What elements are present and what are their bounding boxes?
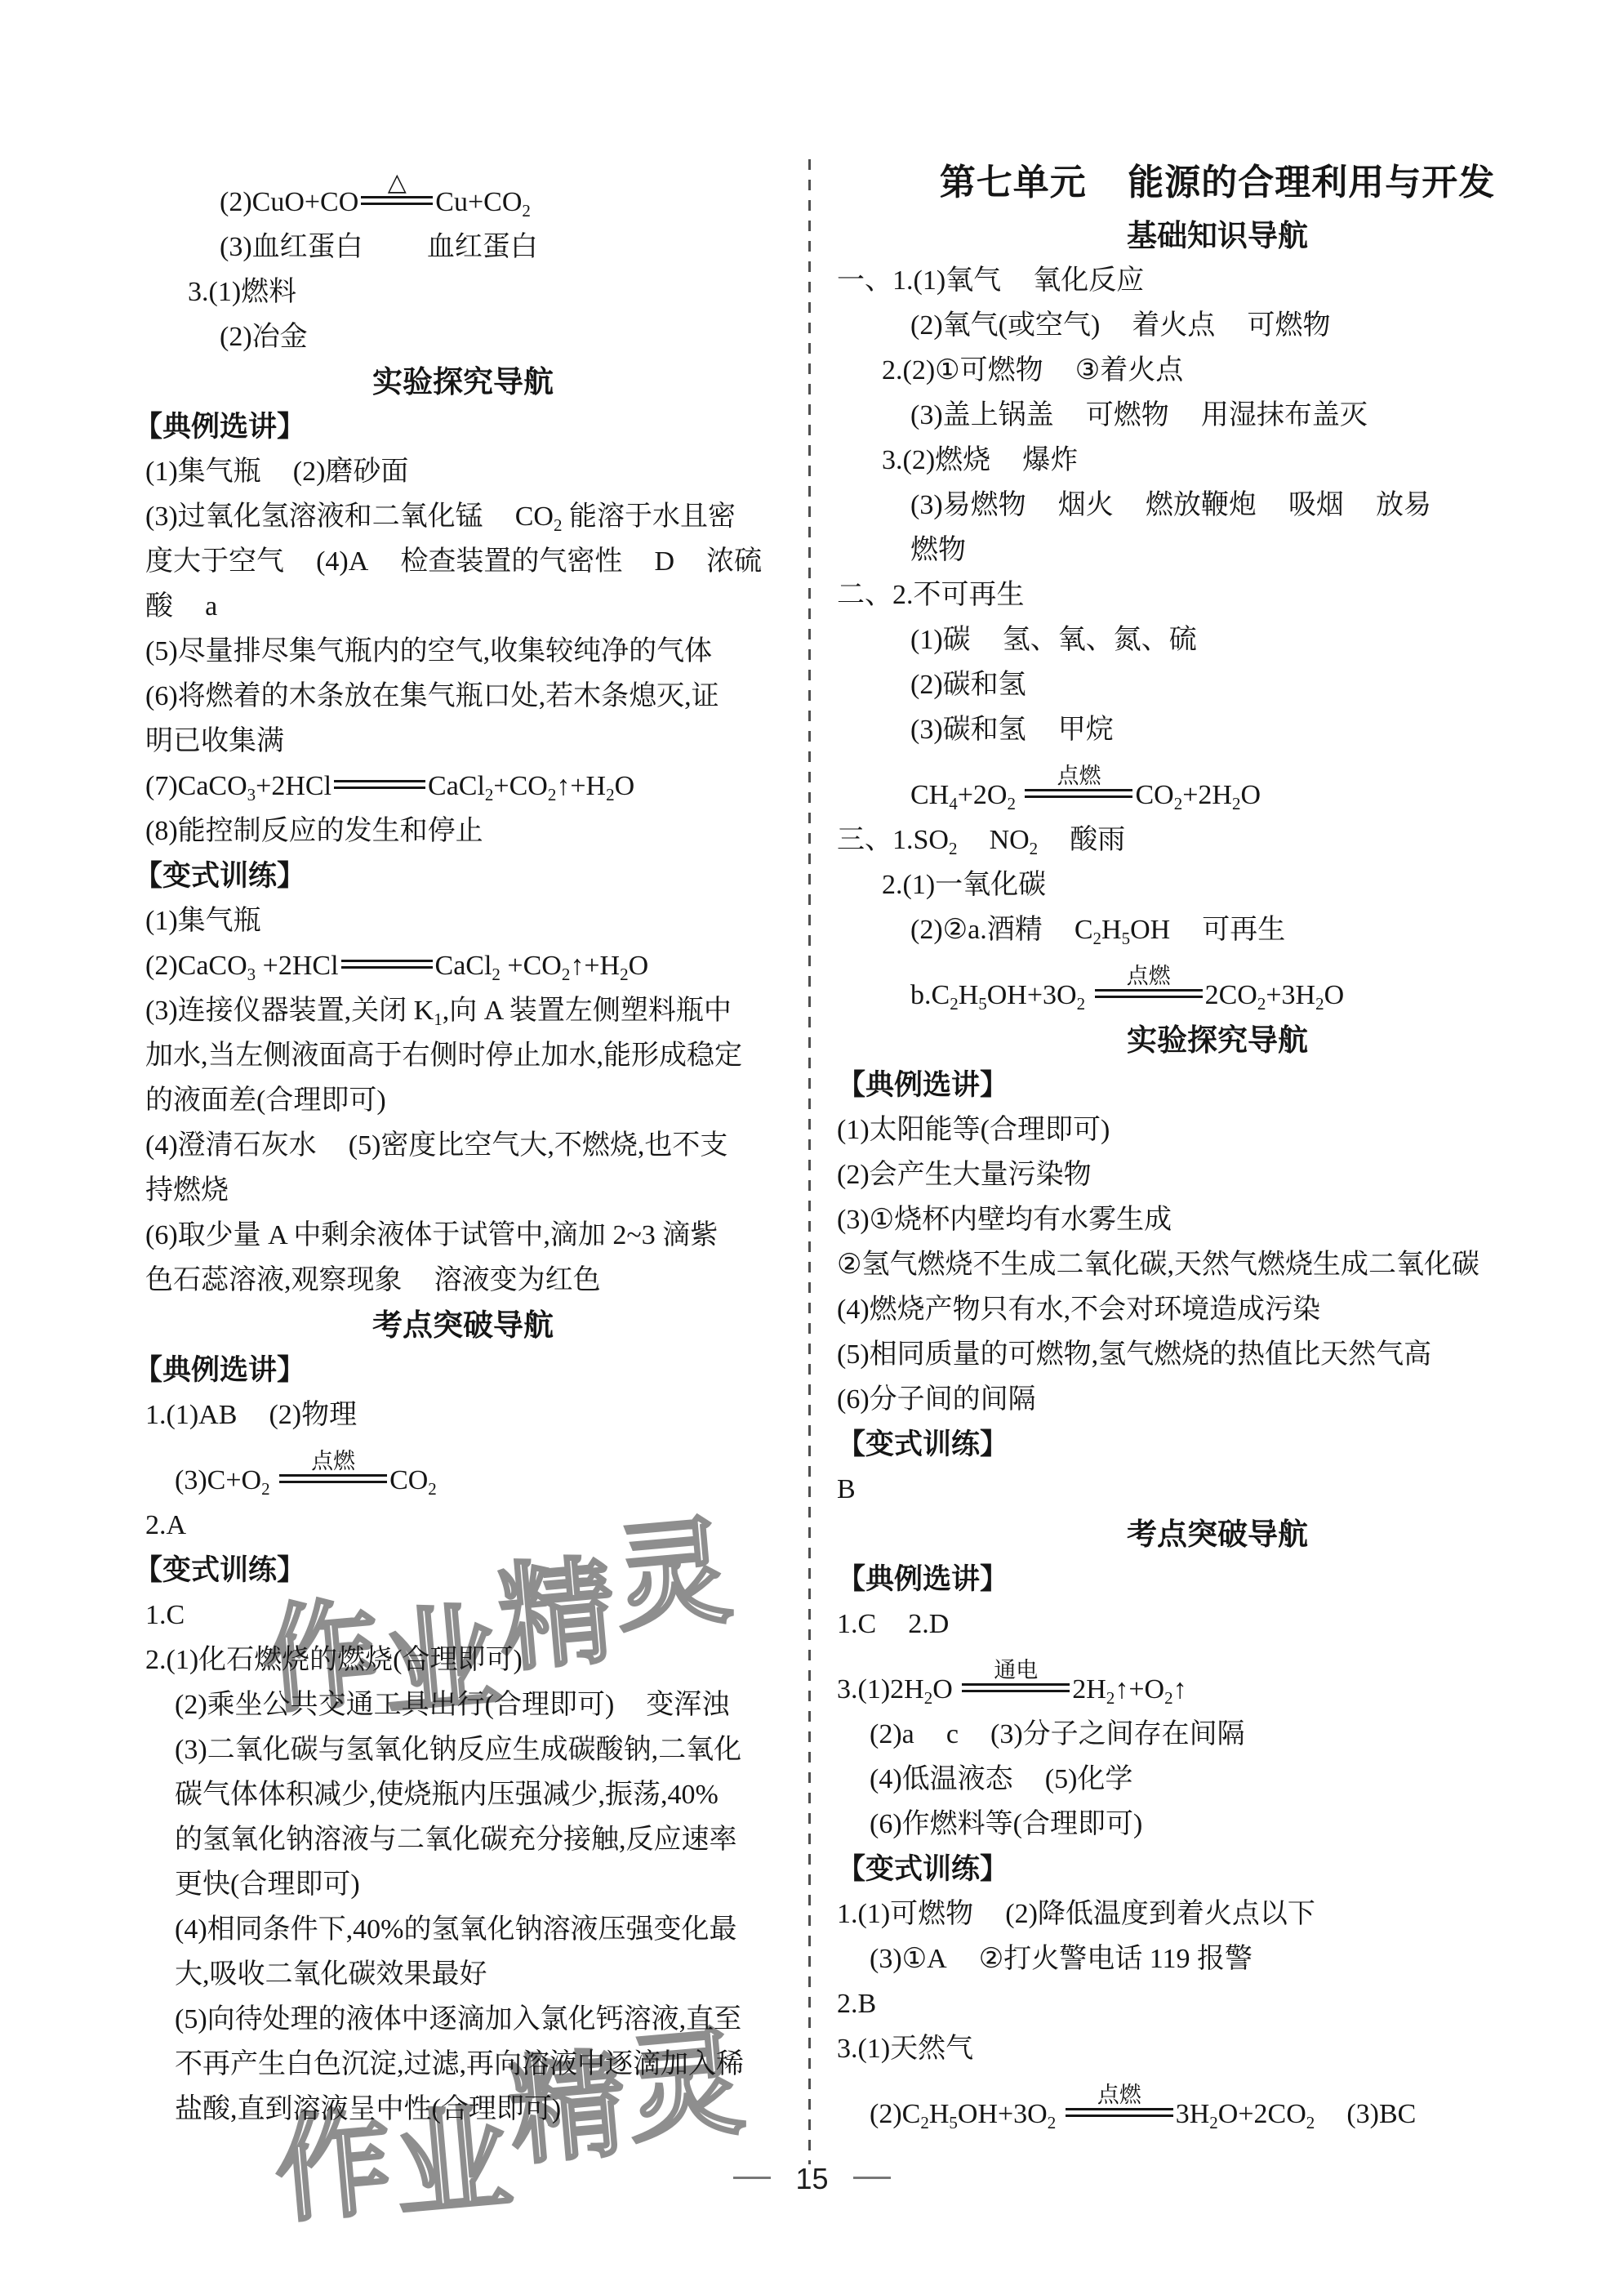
subscript: 2 [949,839,958,858]
text-line: (3)连接仪器装置,关闭 K1,向 A 装置左侧塑料瓶中 [145,988,792,1033]
text-line: (6)将燃着的木条放在集气瓶口处,若木条熄灭,证 [145,674,792,719]
subscript: 2 [1315,994,1324,1014]
subscript: 4 [949,794,958,813]
text-line: 不再产生白色沉淀,过滤,再向溶液中逐滴加入稀 [175,2042,792,2087]
subscript: 1 [434,1009,443,1029]
subscript: 5 [978,994,987,1014]
answer-book-page: 作业精灵 作业精灵 (2)CuO+CO△Cu+CO2(3)血红蛋白血红蛋白3.(… [0,0,1624,2295]
reaction-equals: 通电 [962,1683,1070,1692]
text-line: (1)碳氢、氧、氮、硫 [910,617,1598,662]
double-line-icon [1095,989,1203,998]
subscript: 3 [247,965,256,984]
text-line: (6)作燃料等(合理即可) [870,1802,1598,1847]
double-line-icon [361,196,433,205]
reaction-condition-label: △ [361,171,433,195]
double-line-icon [279,1474,387,1483]
text-line: (7)CaCO3+2HClCaCl2+CO2↑+H2O [145,764,792,809]
subscript: 2 [620,965,629,984]
section-header: 实验探究导航 [837,1018,1598,1063]
bracket-header: 【典例选讲】 [837,1557,1598,1602]
text-line: (1)集气瓶 [145,898,792,943]
text-line: 1.(1)可燃物(2)降低温度到着火点以下 [837,1892,1598,1936]
subscript: 2 [522,201,531,221]
equation-line: 3.(1)2H2O 通电2H2↑+O2↑ [837,1647,1598,1712]
text-line: 的氢氧化钠溶液与二氧化碳充分接触,反应速率 [175,1817,792,1862]
text-line: 1.C [145,1593,792,1638]
text-line: 1.(1)AB(2)物理 [145,1393,792,1437]
column-right: 第七单元能源的合理利用与开发基础知识导航一、1.(1)氧气氧化反应(2)氧气(或… [837,159,1598,2137]
text-line: (2)CaCO3 +2HClCaCl2 +CO2↑+H2O [145,943,792,988]
bracket-header: 【变式训练】 [837,1422,1598,1467]
subscript: 2 [1232,794,1241,813]
section-header: 考点突破导航 [134,1303,792,1348]
text-line: 3.(1)燃料 [188,270,792,314]
text-line: (2)ac(3)分子之间存在间隔 [870,1712,1598,1757]
text-line: (3)过氧化氢溶液和二氧化锰CO2 能溶于水且密 [145,494,792,539]
text-line: B [837,1467,1598,1512]
text-line: 度大于空气(4)A检查装置的气密性D浓硫 [145,539,792,584]
section-header: 实验探究导航 [134,359,792,404]
text-line: (3)碳和氢甲烷 [910,707,1598,752]
bracket-header: 【变式训练】 [134,1548,792,1593]
subscript: 2 [562,965,571,984]
subscript: 2 [1174,794,1183,813]
bracket-header: 【典例选讲】 [837,1063,1598,1107]
page-number: 15 [795,2162,828,2195]
reaction-equals [334,780,425,789]
text-line: 碳气体体积减少,使烧瓶内压强减少,振荡,40% [175,1772,792,1817]
bracket-header: 【变式训练】 [134,853,792,898]
text-line: 酸a [145,584,792,629]
text-line: (2)乘坐公共交通工具出行(合理即可)变浑浊 [175,1682,792,1727]
text-line: 3.(2)燃烧爆炸 [882,438,1598,483]
text-line: (5)向待处理的液体中逐滴加入氯化钙溶液,直至 [175,1997,792,2042]
subscript: 5 [1122,929,1131,948]
equation-line: (2)CuO+CO△Cu+CO2 [220,159,792,225]
reaction-equals [341,960,433,969]
text-line: (8)能控制反应的发生和停止 [145,809,792,853]
equation-line: CH4+2O2 点燃CO2+2H2O [910,752,1598,818]
text-line: 加水,当左侧液面高于右侧时停止加水,能形成稳定 [145,1033,792,1078]
subscript: 2 [606,785,615,804]
double-line-icon [341,960,433,969]
reaction-equals: 点燃 [1025,789,1132,798]
subscript: 2 [1209,2113,1218,2132]
bracket-header: 【变式训练】 [837,1847,1598,1892]
text-line: 燃物 [910,528,1598,573]
subscript: 2 [1257,994,1266,1014]
subscript: 2 [554,515,563,535]
reaction-condition-label: 通电 [962,1658,1070,1682]
subscript: 2 [1007,794,1016,813]
text-line: 三、1.SO2NO2酸雨 [837,818,1598,862]
text-line: 2.(1)一氧化碳 [882,862,1598,907]
subscript: 2 [428,1479,437,1499]
subscript: 2 [1048,2113,1057,2132]
double-line-icon [962,1683,1070,1692]
subscript: 2 [261,1479,270,1499]
section-header: 考点突破导航 [837,1512,1598,1557]
footer-dash-right [853,2177,891,2179]
reaction-equals: 点燃 [279,1474,387,1483]
double-line-icon [334,780,425,789]
text-line: (3)血红蛋白血红蛋白 [220,225,792,270]
reaction-equals: 点燃 [1095,989,1203,998]
reaction-condition-label: 点燃 [1025,764,1132,788]
text-line: (3)二氧化碳与氢氧化钠反应生成碳酸钠,二氧化 [175,1727,792,1772]
unit-title: 第七单元能源的合理利用与开发 [837,159,1598,213]
subscript: 2 [924,1688,933,1708]
subscript: 2 [1164,1688,1173,1708]
section-header: 基础知识导航 [837,213,1598,258]
text-line: (2)会产生大量污染物 [837,1152,1598,1197]
text-line: 明已收集满 [145,719,792,764]
reaction-equals: △ [361,196,433,205]
text-line: 的液面差(合理即可) [145,1078,792,1123]
text-line: 2.(1)化石燃烧的燃烧(合理即可) [145,1638,792,1682]
subscript: 2 [920,2113,929,2132]
page-footer: 15 [0,2163,1624,2195]
text-line: (4)燃烧产物只有水,不会对环境造成污染 [837,1287,1598,1332]
text-line: 2.B [837,1981,1598,2026]
column-divider [808,159,811,2164]
text-line: (1)集气瓶(2)磨砂面 [145,449,792,494]
text-line: (6)分子间的间隔 [837,1377,1598,1422]
subscript: 2 [1106,1688,1115,1708]
text-line: (2)冶金 [220,314,792,359]
text-line: 2.A [145,1503,792,1548]
text-line: (6)取少量 A 中剩余液体于试管中,滴加 2~3 滴紫 [145,1213,792,1258]
text-line: (5)相同质量的可燃物,氢气燃烧的热值比天然气高 [837,1332,1598,1377]
text-line: (3)①A②打火警电话 119 报警 [870,1936,1598,1981]
subscript: 2 [1093,929,1102,948]
reaction-condition-label: 点燃 [279,1449,387,1473]
text-line: (3)①烧杯内壁均有水雾生成 [837,1197,1598,1242]
reaction-condition-label: 点燃 [1095,964,1203,988]
text-line: 3.(1)天然气 [837,2026,1598,2071]
text-line: 持燃烧 [145,1168,792,1213]
text-line: 盐酸,直到溶液呈中性(合理即可) [175,2087,792,2132]
reaction-condition-label: 点燃 [1066,2083,1173,2107]
subscript: 3 [247,785,256,804]
text-line: 1.C2.D [837,1602,1598,1647]
equation-line: (2)C2H5OH+3O2 点燃3H2O+2CO2(3)BC [870,2071,1598,2137]
subscript: 5 [949,2113,958,2132]
column-left: (2)CuO+CO△Cu+CO2(3)血红蛋白血红蛋白3.(1)燃料(2)冶金实… [134,159,792,2132]
text-line: (3)易燃物烟火燃放鞭炮吸烟放易 [910,483,1598,528]
text-line: (4)相同条件下,40%的氢氧化钠溶液压强变化最 [175,1907,792,1952]
equation-line: b.C2H5OH+3O2 点燃2CO2+3H2O [910,952,1598,1018]
equation-line: (3)C+O2 点燃CO2 [175,1437,792,1503]
footer-dash-left [733,2177,771,2179]
text-line: (5)尽量排尽集气瓶内的空气,收集较纯净的气体 [145,629,792,674]
text-line: (1)太阳能等(合理即可) [837,1107,1598,1152]
double-line-icon [1025,789,1132,798]
bracket-header: 【典例选讲】 [134,404,792,449]
text-line: (2)氧气(或空气)着火点可燃物 [910,303,1598,348]
double-line-icon [1066,2108,1173,2117]
text-line: 一、1.(1)氧气氧化反应 [837,258,1598,303]
reaction-equals: 点燃 [1066,2108,1173,2117]
subscript: 2 [1030,839,1039,858]
text-line: (3)盖上锅盖可燃物用湿抹布盖灭 [910,393,1598,438]
text-line: (4)低温液态(5)化学 [870,1757,1598,1802]
subscript: 2 [1077,994,1086,1014]
text-line: 2.(2)①可燃物③着火点 [882,348,1598,393]
text-line: (4)澄清石灰水(5)密度比空气大,不燃烧,也不支 [145,1123,792,1168]
subscript: 2 [485,785,494,804]
bracket-header: 【典例选讲】 [134,1348,792,1393]
text-line: 大,吸收二氧化碳效果最好 [175,1952,792,1997]
text-line: 更快(合理即可) [175,1862,792,1907]
subscript: 2 [492,965,501,984]
text-line: ②氢气燃烧不生成二氧化碳,天然气燃烧生成二氧化碳 [837,1242,1598,1287]
subscript: 2 [1306,2113,1315,2132]
subscript: 2 [548,785,557,804]
text-line: 二、2.不可再生 [837,573,1598,617]
text-line: (2)②a.酒精C2H5OH可再生 [910,907,1598,952]
text-line: (2)碳和氢 [910,662,1598,707]
text-line: 色石蕊溶液,观察现象溶液变为红色 [145,1258,792,1303]
subscript: 2 [950,994,959,1014]
